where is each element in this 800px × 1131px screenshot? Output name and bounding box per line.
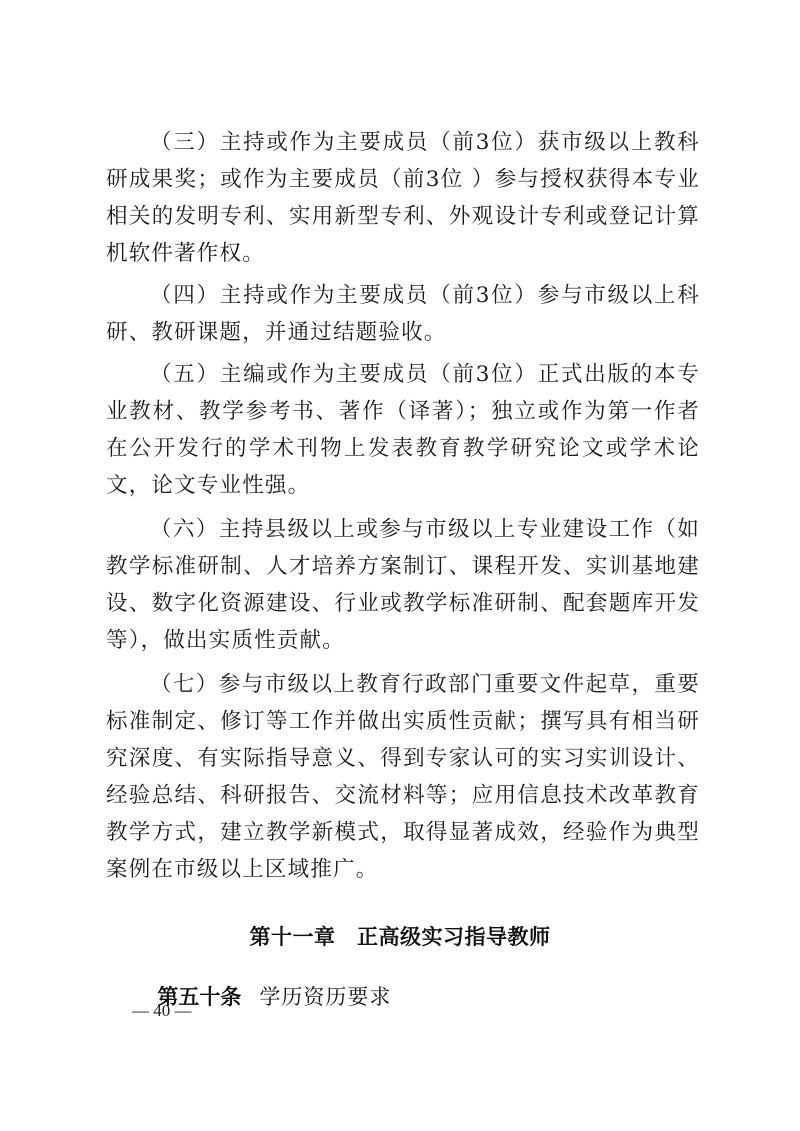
document-body: （三）主持或作为主要成员（前3位）获市级以上教科研成果奖；或作为主要成员（前3位… (106, 124, 700, 888)
paragraph-item-4: （四）主持或作为主要成员（前3位）参与市级以上科研、教研课题，并通过结题验收。 (106, 277, 700, 351)
paragraph-item-5: （五）主编或作为主要成员（前3位）正式出版的本专业教材、教学参考书、著作（译著）… (106, 356, 700, 504)
chapter-title: 第十一章 正高级实习指导教师 (0, 921, 800, 951)
paragraph-item-6: （六）主持县级以上或参与市级以上专业建设工作（如教学标准研制、人才培养方案制订、… (106, 511, 700, 659)
article-title: 学历资历要求 (259, 985, 391, 1009)
paragraph-item-7: （七）参与市级以上教育行政部门重要文件起草，重要标准制定、修订等工作并做出实质性… (106, 666, 700, 888)
page-number: — 40 — (132, 1001, 192, 1021)
paragraph-item-3: （三）主持或作为主要成员（前3位）获市级以上教科研成果奖；或作为主要成员（前3位… (106, 124, 700, 272)
